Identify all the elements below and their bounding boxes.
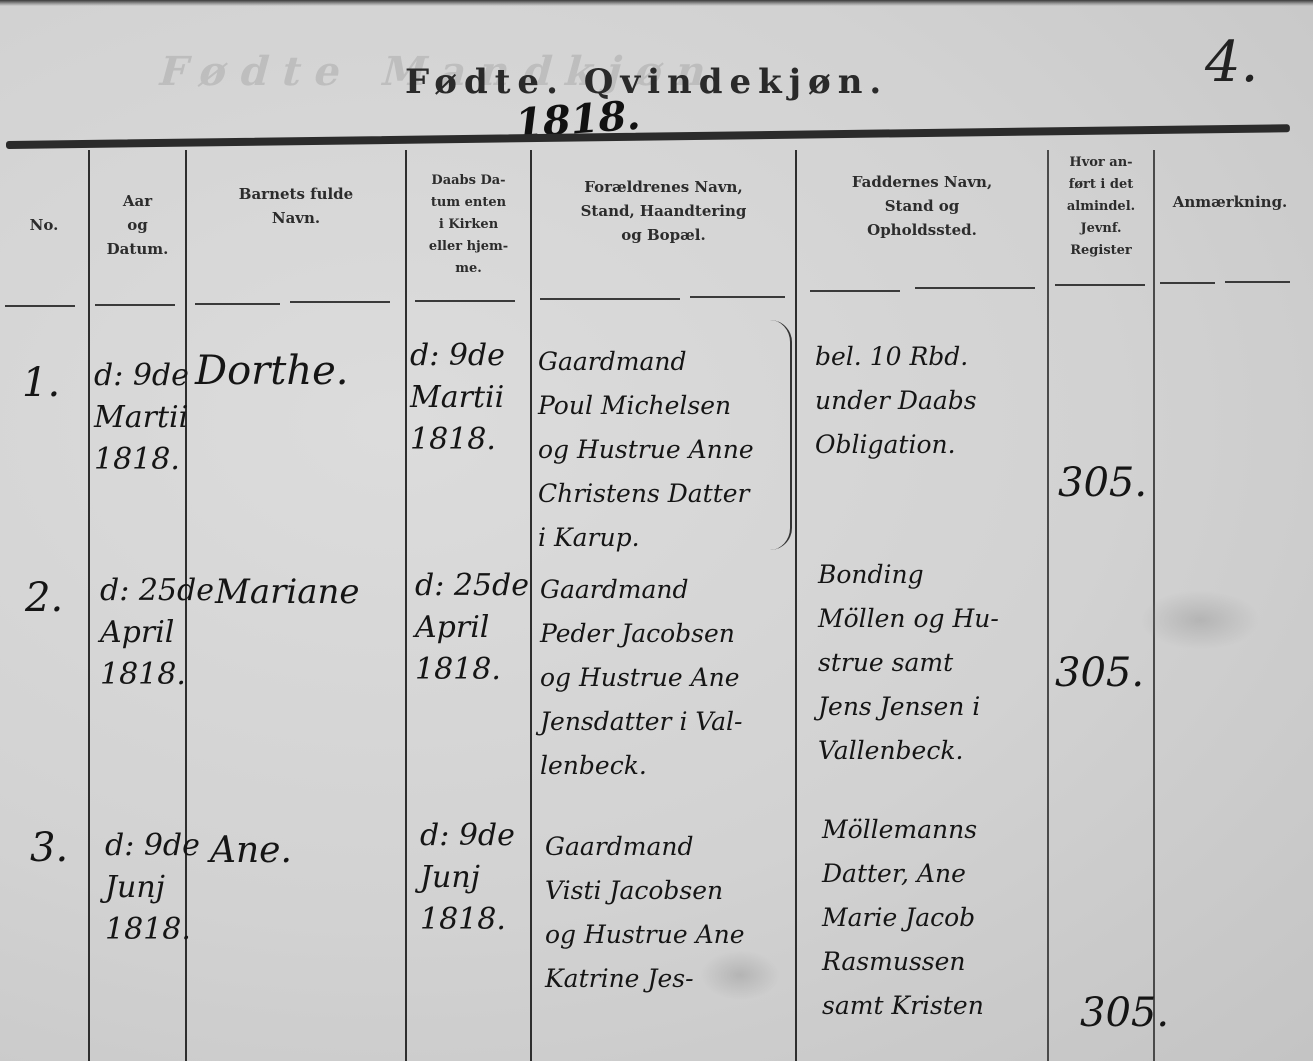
entry-child-name: Ane. [210, 830, 292, 871]
column-header-date: Aar og Datum. [90, 150, 185, 300]
column-header-remarks: Anmærkning. [1155, 150, 1305, 300]
header-underline [195, 303, 280, 305]
entry-baptism-date: d: 9de Martii 1818. [410, 335, 505, 461]
entry-parents: Gaardmand Peder Jacobsen og Hustrue Ane … [540, 568, 743, 788]
entry-baptism-date: d: 9de Junj 1818. [420, 815, 515, 941]
column-header-child-name: Barnets fulde Navn. [187, 150, 405, 300]
column-header-parents: Forældrenes Navn, Stand, Haandtering og … [532, 150, 795, 300]
header-underline [1160, 282, 1215, 284]
column-divider [1047, 150, 1049, 1061]
header-underline [95, 304, 175, 306]
page-number: 4. [1205, 30, 1258, 95]
ink-smudge [1140, 590, 1260, 650]
header-underline [915, 287, 1035, 289]
page-title: Fødte. Qvindekjøn. [405, 62, 888, 102]
entry-sponsors: bel. 10 Rbd. under Daabs Obligation. [815, 335, 977, 467]
register-page: Fødte Mandkjøn Fødte. Qvindekjøn. 1818. … [0, 0, 1313, 1061]
column-header-baptism: Daabs Da- tum enten i Kirken eller hjem-… [407, 150, 530, 300]
entry-parents: Gaardmand Poul Michelsen og Hustrue Anne… [538, 340, 754, 560]
entry-child-name: Mariane [215, 572, 360, 612]
entry-register-ref: 305. [1080, 990, 1169, 1036]
entry-brace [770, 320, 792, 550]
header-underline [415, 300, 515, 302]
header-underline [810, 290, 900, 292]
entry-number: 1. [22, 360, 60, 406]
entry-birth-date: d: 25de April 1818. [100, 570, 214, 696]
header-underline [290, 301, 390, 303]
entry-baptism-date: d: 25de April 1818. [415, 565, 529, 691]
scan-edge-shadow [0, 0, 1313, 6]
entry-birth-date: d: 9de Martii 1818. [94, 355, 189, 481]
header-underline [1055, 284, 1145, 286]
column-header-sponsors: Faddernes Navn, Stand og Opholdssted. [797, 150, 1047, 300]
column-header-no: No. [0, 150, 88, 300]
entry-number: 2. [25, 575, 63, 621]
header-underline [5, 305, 75, 307]
header-underline [540, 298, 680, 300]
entry-sponsors: Möllemanns Datter, Ane Marie Jacob Rasmu… [822, 808, 984, 1028]
ink-smudge [700, 950, 780, 1000]
header-underline [1225, 281, 1290, 283]
header-underline [690, 296, 785, 298]
entry-number: 3. [30, 825, 68, 871]
entry-sponsors: Bonding Möllen og Hu- strue samt Jens Je… [818, 553, 999, 773]
entry-register-ref: 305. [1055, 650, 1144, 696]
entry-child-name: Dorthe. [195, 348, 349, 394]
entry-birth-date: d: 9de Junj 1818. [105, 825, 200, 951]
entry-register-ref: 305. [1058, 460, 1147, 506]
column-header-register: Hvor an- ført i det almindel. Jevnf. Reg… [1049, 132, 1153, 282]
